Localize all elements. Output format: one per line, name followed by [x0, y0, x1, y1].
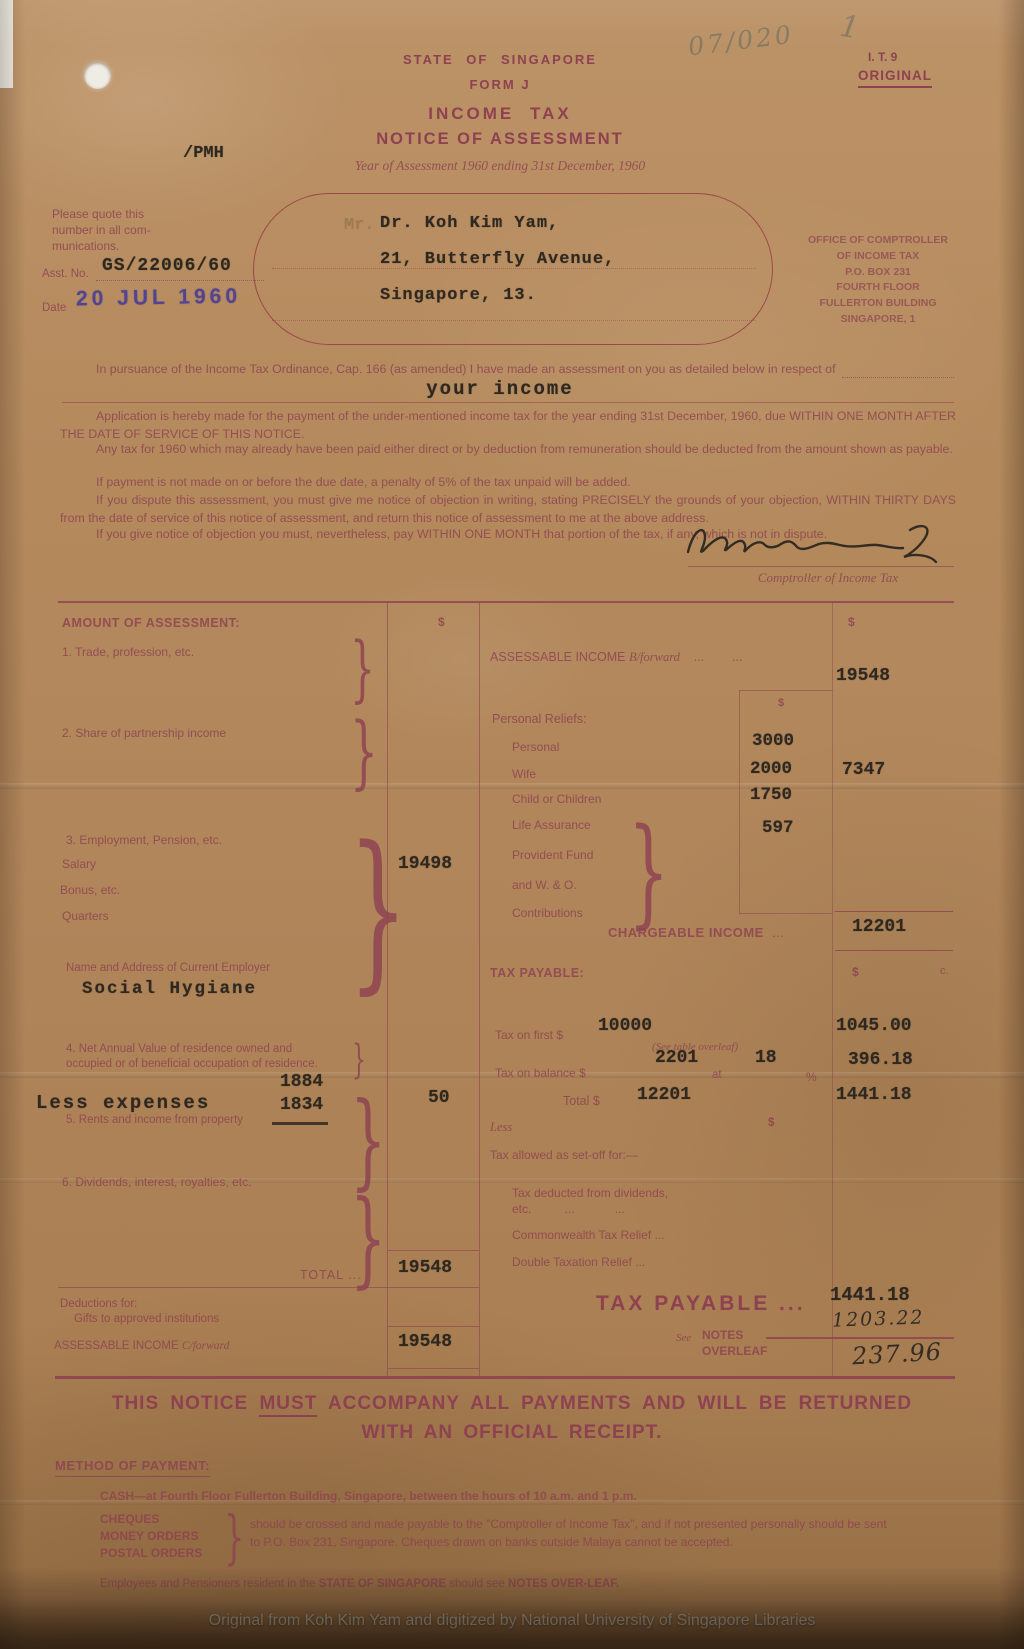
tax-rate-value: 18 — [755, 1048, 777, 1068]
must-accompany-line2: WITH AN OFFICIAL RECEIPT. — [40, 1422, 984, 1444]
asst-no-label: Asst. No. — [42, 268, 89, 280]
see-notes-overleaf: NOTES OVERLEAF — [702, 1328, 767, 1359]
reliefs-box-bottom-rule — [739, 913, 833, 914]
employer-label: Name and Address of Current Employer — [66, 962, 270, 974]
less-dollar-header: $ — [768, 1117, 774, 1129]
tax-on-first-amount: 1045.00 — [836, 1016, 912, 1036]
tax-balance-base: 2201 — [655, 1048, 698, 1068]
nav-expenses-value: 1834 — [280, 1095, 323, 1115]
assessable-cforward-value: 19548 — [398, 1332, 452, 1352]
asst-no-underline — [96, 280, 264, 281]
item-rents: 5. Rents and income from property — [66, 1114, 243, 1126]
chargeable-income-label: CHARGEABLE INCOME ... — [608, 925, 784, 940]
state-title: STATE OF SINGAPORE — [330, 52, 670, 67]
payment-cheques-label: CHEQUES — [100, 1512, 159, 1526]
date-stamp: 20 JUL 1960 — [76, 285, 241, 312]
employment-income-value: 19498 — [398, 854, 452, 874]
item-partnership: 2. Share of partnership income — [62, 726, 226, 740]
tax-total-base: 12201 — [637, 1085, 691, 1105]
pencil-annotation: 07/020 — [687, 20, 796, 62]
asst-no-value: GS/22006/60 — [102, 256, 232, 276]
tax-cents-header: c. — [940, 965, 949, 977]
date-label: Date — [42, 302, 66, 314]
assessment-heading: AMOUNT OF ASSESSMENT: — [62, 616, 240, 630]
payment-instructions: should be crossed and made payable to th… — [250, 1515, 956, 1551]
item-trade: 1. Trade, profession, etc. — [62, 645, 194, 659]
tax-on-first-base: 10000 — [598, 1016, 652, 1036]
year-of-assessment-line: Year of Assessment 1960 ending 31st Dece… — [280, 158, 720, 174]
commonwealth-relief-label: Commonwealth Tax Relief ... — [512, 1228, 665, 1242]
payment-cash-line: CASH—at Fourth Floor Fullerton Building,… — [100, 1489, 637, 1503]
reliefs-box-top-rule — [739, 690, 833, 691]
table-vertical-rule — [832, 603, 833, 1376]
assessable-bforward-value: 19548 — [836, 666, 890, 686]
gifts-label: Gifts to approved institutions — [74, 1313, 219, 1325]
chargeable-bottom-rule — [835, 950, 953, 951]
employer-name-value: Social Hygiane — [82, 979, 257, 999]
tax-payable-heading: TAX PAYABLE: — [490, 966, 584, 980]
nav-gross-value: 1884 — [280, 1072, 323, 1092]
relief-wo-label: and W. & O. — [512, 878, 577, 892]
total-income-value: 19548 — [398, 1258, 452, 1278]
comptroller-office-address: OFFICE OF COMPTROLLER OF INCOME TAX P.O.… — [793, 233, 963, 328]
table-vertical-rule — [479, 603, 480, 1376]
notice-suffix: ACCOMPANY ALL PAYMENTS AND WILL BE RETUR… — [317, 1393, 912, 1414]
payment-postal-orders-label: POSTAL ORDERS — [100, 1546, 202, 1560]
bforward-dots2: ... — [732, 650, 742, 664]
relief-personal-label: Personal — [512, 740, 559, 754]
assessable-bforward-label: ASSESSABLE INCOME B/forward ... ... — [490, 650, 742, 665]
cforward-box-bottom-rule — [388, 1368, 479, 1369]
total-dots: ... — [348, 1268, 361, 1282]
quarters-label: Quarters — [62, 909, 109, 923]
form-number: FORM J — [330, 77, 670, 92]
paragraph-tax-paid: Any tax for 1960 which may already have … — [60, 441, 956, 459]
quote-number-note: Please quote this number in all com- mun… — [52, 206, 252, 255]
tax-dollar-header: $ — [852, 965, 859, 979]
see-notes-see: See — [676, 1332, 691, 1344]
item1-brace: } — [350, 632, 375, 704]
at-label: at — [712, 1069, 722, 1081]
doc-title-notice: NOTICE OF ASSESSMENT — [330, 130, 670, 149]
dividends-setoff-label: Tax deducted from dividends, etc. ... ..… — [512, 1185, 668, 1217]
relief-child-value: 1750 — [750, 785, 792, 805]
it-reference: I. T. 9 — [868, 50, 897, 64]
bottom-thick-rule — [55, 1376, 955, 1379]
chargeable-text: CHARGEABLE INCOME — [608, 925, 764, 940]
signature-rule — [688, 566, 954, 567]
personal-reliefs-heading: Personal Reliefs: — [492, 712, 587, 726]
relief-child-label: Child or Children — [512, 792, 601, 806]
tax-on-balance-label: Tax on balance $ — [495, 1066, 586, 1080]
cforward-text: ASSESSABLE INCOME — [54, 1340, 179, 1352]
paragraph-application: Application is hereby made for the payme… — [60, 408, 956, 443]
tax-on-first-label: Tax on first $ — [495, 1028, 563, 1042]
relief-wife-label: Wife — [512, 767, 536, 781]
original-copy-label: ORIGINAL — [858, 68, 932, 88]
item4-brace: } — [352, 1040, 366, 1080]
relief-provident-label: Provident Fund — [512, 848, 593, 862]
paragraph-penalty: If payment is not made on or before the … — [60, 474, 956, 492]
addressee-city: Singapore, 13. — [380, 286, 537, 305]
reliefs-total-value: 7347 — [842, 760, 885, 780]
chargeable-top-rule — [835, 911, 953, 912]
payment-brace: } — [224, 1508, 244, 1566]
addressee-name: Dr. Koh Kim Yam, — [380, 214, 559, 233]
tax-total-label: Total $ — [563, 1094, 600, 1108]
nav-net-value: 50 — [428, 1088, 450, 1108]
tax-total-amount: 1441.18 — [836, 1085, 912, 1105]
dollar-column-header: $ — [438, 615, 445, 629]
bforward-italic: B/forward — [629, 650, 680, 664]
chargeable-dots: ... — [772, 925, 784, 940]
scanned-tax-notice: STATE OF SINGAPORE FORM J I. T. 9 ORIGIN… — [0, 0, 1024, 1649]
relief-life-value: 597 — [762, 818, 794, 838]
addressee-street: 21, Butterfly Avenue, — [380, 250, 615, 269]
cforward-box-top-rule — [388, 1326, 479, 1327]
typist-reference: /PMH — [183, 144, 224, 163]
double-taxation-label: Double Taxation Relief ... — [512, 1255, 645, 1269]
setoff-label: Tax allowed as set-off for:— — [490, 1148, 638, 1162]
less-expenses-label: Less expenses — [36, 1092, 210, 1114]
scan-edge — [0, 0, 13, 88]
final-tax-typed-value: 1441.18 — [830, 1284, 910, 1306]
total-box-top-rule — [388, 1250, 479, 1251]
employees-prefix: Employees and Pensioners resident in the — [100, 1578, 319, 1590]
subject-underline-rule — [62, 402, 954, 403]
percent-sign: % — [806, 1070, 817, 1084]
relief-wife-value: 2000 — [750, 759, 792, 779]
signature-title: Comptroller of Income Tax — [700, 570, 956, 586]
addressee-salutation-faint: Mr. — [344, 216, 375, 235]
sub-dollar-header: $ — [778, 697, 784, 709]
relief-life-label: Life Assurance — [512, 818, 591, 832]
employees-mid: should see — [446, 1578, 508, 1590]
tax-balance-amount: 396.18 — [848, 1050, 913, 1070]
employees-state: STATE OF SINGAPORE — [319, 1578, 446, 1590]
employees-notes: NOTES OVER-LEAF. — [508, 1578, 619, 1590]
address-line-rule — [272, 320, 756, 321]
doc-title-income-tax: INCOME TAX — [330, 104, 670, 124]
subject-your-income: your income — [330, 378, 670, 400]
payment-money-orders-label: MONEY ORDERS — [100, 1529, 198, 1543]
pursuance-trailing-rule — [842, 377, 954, 378]
comptroller-signature — [680, 516, 952, 566]
punch-hole — [84, 62, 111, 89]
reliefs-box-vertical-rule — [739, 690, 740, 914]
employees-note: Employees and Pensioners resident in the… — [100, 1578, 619, 1590]
total-label: TOTAL ... — [300, 1268, 362, 1282]
table-top-rule — [58, 601, 954, 603]
final-tax-hand-value1: 1203.22 — [832, 1306, 925, 1331]
outer-dollar-header: $ — [848, 615, 855, 629]
crease-line — [0, 783, 1024, 789]
relief-contrib-label: Contributions — [512, 906, 583, 920]
employment-brace: } — [348, 824, 408, 996]
notice-prefix: THIS NOTICE — [112, 1393, 260, 1414]
item-employment: 3. Employment, Pension, etc. — [66, 833, 222, 847]
reliefs-brace: } — [628, 812, 669, 930]
chargeable-income-value: 12201 — [852, 917, 906, 937]
total-text: TOTAL — [300, 1268, 344, 1282]
relief-personal-value: 3000 — [752, 731, 794, 751]
must-accompany-line1: THIS NOTICE MUST ACCOMPANY ALL PAYMENTS … — [40, 1393, 984, 1415]
notice-must: MUST — [259, 1393, 317, 1417]
item2-brace: } — [350, 712, 378, 792]
bforward-text: ASSESSABLE INCOME — [490, 650, 625, 664]
deductions-label: Deductions for: — [60, 1298, 137, 1310]
pencil-tick-mark: 1 — [837, 9, 861, 47]
cforward-italic: C/forward — [182, 1340, 230, 1352]
final-tax-hand-value2: 237.96 — [851, 1338, 942, 1371]
total-row-rule — [58, 1287, 479, 1288]
final-tax-payable-label: TAX PAYABLE ... — [596, 1292, 806, 1316]
method-of-payment-heading: METHOD OF PAYMENT: — [55, 1458, 210, 1477]
digitization-caption: Original from Koh Kim Yam and digitized … — [112, 1612, 912, 1630]
salary-label: Salary — [62, 857, 96, 871]
assessable-cforward-label: ASSESSABLE INCOME C/forward — [54, 1340, 229, 1352]
nav-typed-underline — [272, 1122, 328, 1125]
bforward-dots: ... — [694, 650, 704, 664]
bonus-label: Bonus, etc. — [60, 883, 120, 897]
item-net-annual-value: 4. Net Annual Value of residence owned a… — [66, 1042, 386, 1072]
item-dividends: 6. Dividends, interest, royalties, etc. — [62, 1175, 251, 1189]
paragraph-pursuance: In pursuance of the Income Tax Ordinance… — [70, 362, 950, 376]
less-label: Less — [490, 1120, 512, 1135]
